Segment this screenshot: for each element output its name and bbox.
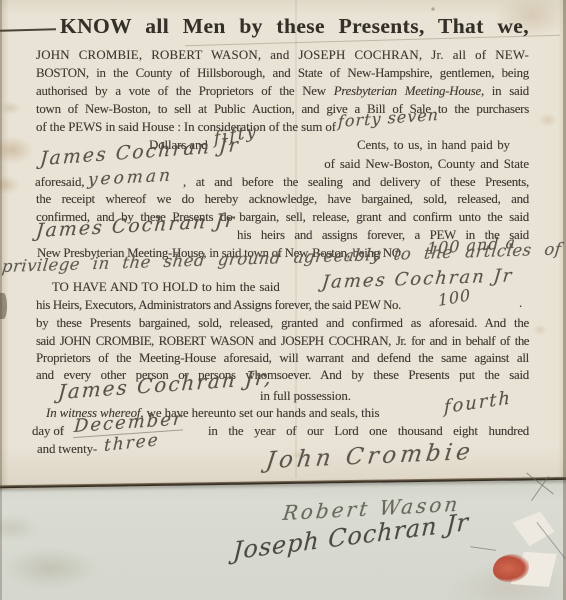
printed-text: by these Presents bargained, sold, relea… <box>36 316 529 330</box>
deed-line: JOHN CROMBIE, ROBERT WASON, and JOSEPH C… <box>36 48 529 63</box>
signature-john-crombie: John Crombie <box>264 439 475 474</box>
deed-line: aforesaid, <box>35 175 84 190</box>
printed-period: . <box>519 296 522 311</box>
printed-text: said JOHN CROMBIE, ROBERT WASON and JOSE… <box>36 334 529 348</box>
deed-line: day of <box>32 424 64 439</box>
handwritten-day: fourth <box>444 387 512 418</box>
historical-deed-photo: KNOW all Men by these Presents, That we,… <box>0 0 566 600</box>
printed-text: in full possession. <box>260 389 351 403</box>
photo-edge-left <box>0 0 2 600</box>
handwritten-grantee-name: James Cochran Jr <box>321 265 514 293</box>
title-text: KNOW all Men by these Presents, That we, <box>60 14 529 38</box>
printed-text-italic: Presbyterian Meeting-House, <box>334 84 484 98</box>
deed-line: his Heirs, Executors, Administrators and… <box>36 298 401 313</box>
printed-text: , at and before the sealing and delivery… <box>183 175 529 189</box>
deed-line: in the year of our Lord one thousand eig… <box>208 424 529 439</box>
deed-line: TO HAVE AND TO HOLD to him the said <box>52 280 280 295</box>
printed-text: his Heirs, Executors, Administrators and… <box>36 298 401 312</box>
printed-text: the receipt whereof we do hereby acknowl… <box>36 192 529 206</box>
printed-text: day of <box>32 424 64 438</box>
printed-text: and twenty- <box>37 442 97 456</box>
printed-text: TO HAVE AND TO HOLD to him the said <box>52 280 280 294</box>
printed-text: . <box>519 296 522 310</box>
printed-text: JOHN CROMBIE, ROBERT WASON, and JOSEPH C… <box>36 48 529 62</box>
printed-text: Proprietors of the Meeting-House aforesa… <box>36 351 529 365</box>
printed-text: of said New-Boston, County and State <box>324 157 529 171</box>
handwritten-pew-number: 100 <box>437 285 471 310</box>
printed-text: aforesaid, <box>35 175 84 189</box>
deed-line: , at and before the sealing and delivery… <box>183 175 529 190</box>
deed-line: BOSTON, in the County of Hillsborough, a… <box>36 66 529 81</box>
printed-text: of the PEWS in said House : In considera… <box>36 120 336 134</box>
printed-text: Cents, to us, in hand paid by <box>357 138 510 152</box>
deed-line: town of New-Boston, to sell at Public Au… <box>36 102 529 117</box>
deed-line: authorised by a vote of the Proprietors … <box>36 84 529 99</box>
deed-line: in full possession. <box>260 389 351 404</box>
deed-line: by these Presents bargained, sold, relea… <box>36 316 529 331</box>
deed-text-block: KNOW all Men by these Presents, That we,… <box>0 0 566 600</box>
printed-text: town of New-Boston, to sell at Public Au… <box>36 102 529 116</box>
deed-line: and twenty- <box>37 442 97 457</box>
deed-line: of said New-Boston, County and State <box>324 157 529 172</box>
printed-text: BOSTON, in the County of Hillsborough, a… <box>36 66 529 80</box>
deed-title: KNOW all Men by these Presents, That we, <box>60 14 529 39</box>
handwritten-purchaser-name: James Cochran Jr <box>39 134 240 170</box>
deed-line: said JOHN CROMBIE, ROBERT WASON and JOSE… <box>36 334 529 349</box>
deed-line: the receipt whereof we do hereby acknowl… <box>36 192 529 207</box>
deed-line: of the PEWS in said House : In considera… <box>36 120 336 135</box>
deed-line: Proprietors of the Meeting-House aforesa… <box>36 351 529 366</box>
deed-line: Cents, to us, in hand paid by <box>357 138 510 153</box>
printed-text: authorised by a vote of the Proprietors … <box>36 84 334 98</box>
handwritten-occupation: yeoman <box>87 165 174 190</box>
printed-text: in the year of our Lord one thousand eig… <box>208 424 529 438</box>
printed-text: in said <box>484 84 529 98</box>
